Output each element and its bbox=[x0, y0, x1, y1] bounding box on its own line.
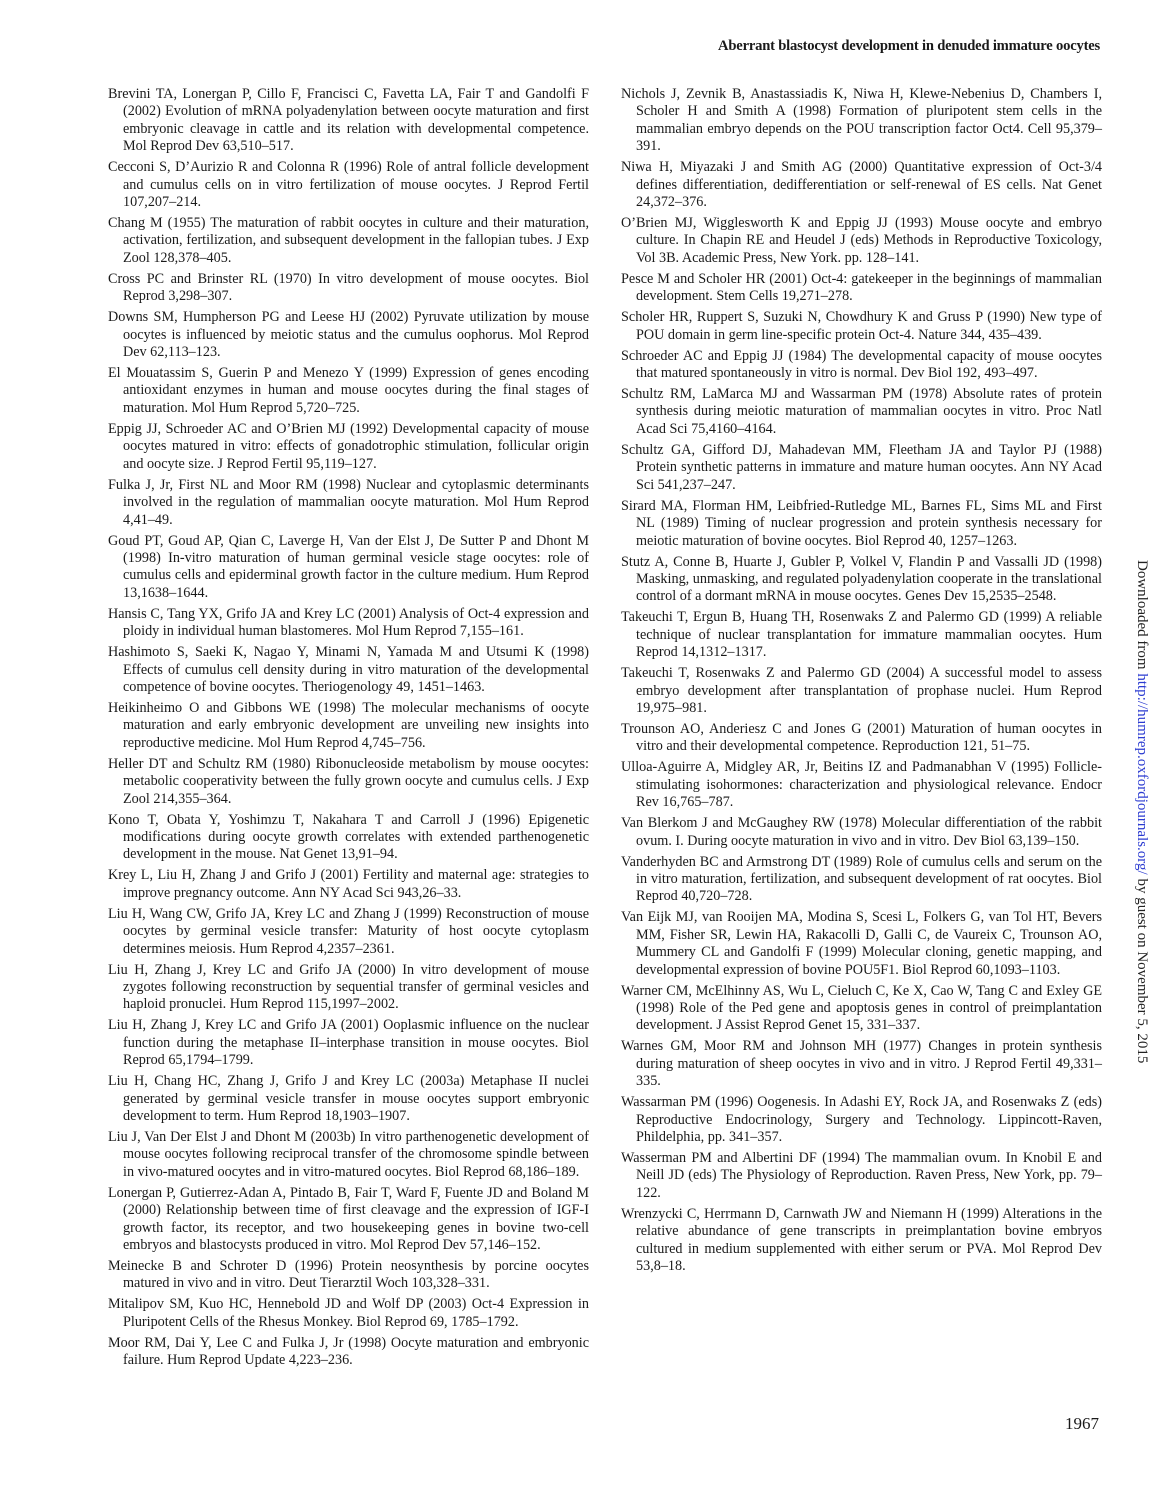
reference-item: Liu H, Wang CW, Grifo JA, Krey LC and Zh… bbox=[108, 906, 589, 958]
reference-item: Takeuchi T, Rosenwaks Z and Palermo GD (… bbox=[621, 665, 1102, 717]
reference-item: Scholer HR, Ruppert S, Suzuki N, Chowdhu… bbox=[621, 309, 1102, 344]
reference-item: Lonergan P, Gutierrez-Adan A, Pintado B,… bbox=[108, 1185, 589, 1255]
reference-item: Downs SM, Humpherson PG and Leese HJ (20… bbox=[108, 309, 589, 361]
reference-item: O’Brien MJ, Wigglesworth K and Eppig JJ … bbox=[621, 215, 1102, 267]
reference-item: Wassarman PM (1996) Oogenesis. In Adashi… bbox=[621, 1094, 1102, 1146]
reference-item: Liu J, Van Der Elst J and Dhont M (2003b… bbox=[108, 1129, 589, 1181]
reference-item: Hashimoto S, Saeki K, Nagao Y, Minami N,… bbox=[108, 644, 589, 696]
reference-item: Warnes GM, Moor RM and Johnson MH (1977)… bbox=[621, 1038, 1102, 1090]
download-notice: Downloaded from http://humrep.oxfordjour… bbox=[1133, 560, 1150, 1063]
reference-item: Wrenzycki C, Herrmann D, Carnwath JW and… bbox=[621, 1206, 1102, 1276]
reference-item: El Mouatassim S, Guerin P and Menezo Y (… bbox=[108, 365, 589, 417]
reference-item: Heikinheimo O and Gibbons WE (1998) The … bbox=[108, 700, 589, 752]
reference-item: Schultz RM, LaMarca MJ and Wassarman PM … bbox=[621, 386, 1102, 438]
reference-item: Kono T, Obata Y, Yoshimzu T, Nakahara T … bbox=[108, 812, 589, 864]
reference-item: Heller DT and Schultz RM (1980) Ribonucl… bbox=[108, 756, 589, 808]
reference-item: Fulka J, Jr, First NL and Moor RM (1998)… bbox=[108, 477, 589, 529]
reference-item: Moor RM, Dai Y, Lee C and Fulka J, Jr (1… bbox=[108, 1335, 589, 1370]
reference-item: Trounson AO, Anderiesz C and Jones G (20… bbox=[621, 721, 1102, 756]
reference-item: Ulloa-Aguirre A, Midgley AR, Jr, Beitins… bbox=[621, 759, 1102, 811]
reference-item: Hansis C, Tang YX, Grifo JA and Krey LC … bbox=[108, 606, 589, 641]
reference-item: Mitalipov SM, Kuo HC, Hennebold JD and W… bbox=[108, 1296, 589, 1331]
download-notice-suffix: by guest on November 5, 2015 bbox=[1134, 875, 1150, 1064]
reference-item: Nichols J, Zevnik B, Anastassiadis K, Ni… bbox=[621, 86, 1102, 156]
reference-item: Cecconi S, D’Aurizio R and Colonna R (19… bbox=[108, 159, 589, 211]
reference-item: Schultz GA, Gifford DJ, Mahadevan MM, Fl… bbox=[621, 442, 1102, 494]
reference-item: Sirard MA, Florman HM, Leibfried-Rutledg… bbox=[621, 498, 1102, 550]
reference-item: Krey L, Liu H, Zhang J and Grifo J (2001… bbox=[108, 867, 589, 902]
reference-item: Meinecke B and Schroter D (1996) Protein… bbox=[108, 1258, 589, 1293]
references-right-column: Nichols J, Zevnik B, Anastassiadis K, Ni… bbox=[621, 86, 1102, 1279]
reference-item: Vanderhyden BC and Armstrong DT (1989) R… bbox=[621, 854, 1102, 906]
reference-item: Chang M (1955) The maturation of rabbit … bbox=[108, 215, 589, 267]
reference-item: Liu H, Chang HC, Zhang J, Grifo J and Kr… bbox=[108, 1073, 589, 1125]
reference-item: Goud PT, Goud AP, Qian C, Laverge H, Van… bbox=[108, 533, 589, 603]
reference-item: Takeuchi T, Ergun B, Huang TH, Rosenwaks… bbox=[621, 609, 1102, 661]
reference-item: Van Eijk MJ, van Rooijen MA, Modina S, S… bbox=[621, 909, 1102, 979]
reference-item: Wasserman PM and Albertini DF (1994) The… bbox=[621, 1150, 1102, 1202]
running-title: Aberrant blastocyst development in denud… bbox=[718, 38, 1100, 55]
reference-item: Niwa H, Miyazaki J and Smith AG (2000) Q… bbox=[621, 159, 1102, 211]
reference-item: Warner CM, McElhinny AS, Wu L, Cieluch C… bbox=[621, 983, 1102, 1035]
reference-item: Stutz A, Conne B, Huarte J, Gubler P, Vo… bbox=[621, 554, 1102, 606]
reference-item: Liu H, Zhang J, Krey LC and Grifo JA (20… bbox=[108, 1017, 589, 1069]
reference-item: Cross PC and Brinster RL (1970) In vitro… bbox=[108, 271, 589, 306]
references-left-column: Brevini TA, Lonergan P, Cillo F, Francis… bbox=[108, 86, 589, 1373]
reference-item: Pesce M and Scholer HR (2001) Oct-4: gat… bbox=[621, 271, 1102, 306]
download-notice-prefix: Downloaded from bbox=[1134, 560, 1150, 673]
reference-item: Brevini TA, Lonergan P, Cillo F, Francis… bbox=[108, 86, 589, 156]
reference-item: Schroeder AC and Eppig JJ (1984) The dev… bbox=[621, 348, 1102, 383]
reference-item: Eppig JJ, Schroeder AC and O’Brien MJ (1… bbox=[108, 421, 589, 473]
reference-item: Van Blerkom J and McGaughey RW (1978) Mo… bbox=[621, 815, 1102, 850]
reference-item: Liu H, Zhang J, Krey LC and Grifo JA (20… bbox=[108, 962, 589, 1014]
journal-link[interactable]: http://humrep.oxfordjournals.org/ bbox=[1134, 673, 1150, 874]
page-number: 1967 bbox=[1065, 1414, 1099, 1434]
